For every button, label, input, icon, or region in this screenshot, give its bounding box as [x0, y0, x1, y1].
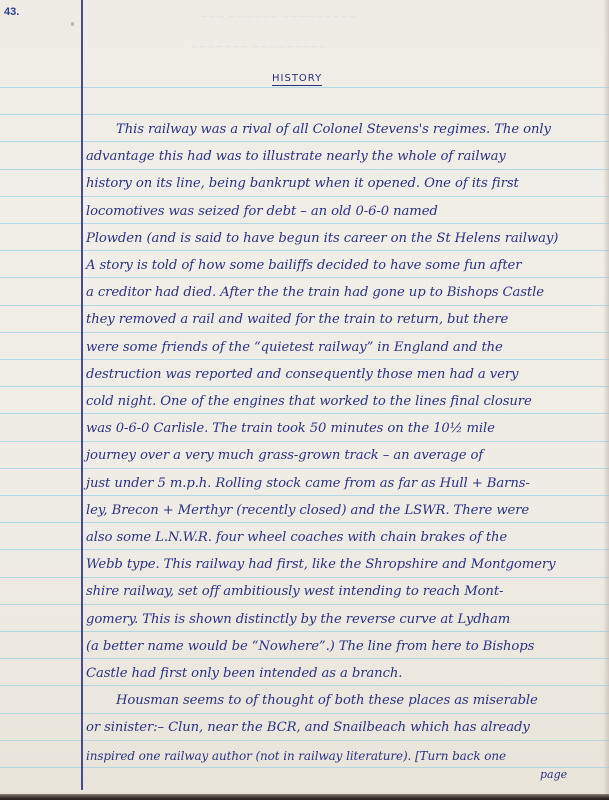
ruled-line: [0, 305, 609, 306]
text-line: inspired one railway author (not in rail…: [86, 746, 606, 766]
text-line: Housman seems to of thought of both thes…: [116, 691, 609, 711]
text-line: advantage this had was to illustrate nea…: [86, 147, 606, 167]
ruled-line: [0, 277, 609, 278]
text-line: ley, Brecon + Merthyr (recently closed) …: [86, 501, 606, 521]
bleed-through-text: ~~~~~~~ ~~~~~~~~~: [190, 42, 327, 53]
text-line: they removed a rail and waited for the t…: [86, 310, 606, 330]
text-line: also some L.N.W.R. four wheel coaches wi…: [86, 528, 606, 548]
text-line: history on its line, being bankrupt when…: [86, 174, 606, 194]
bleed-through-text: ~~~ ~~~~~~ ~~~~~~~~~: [200, 12, 357, 23]
ruled-line: [0, 713, 609, 714]
ruled-line: [0, 604, 609, 605]
text-line: This railway was a rival of all Colonel …: [116, 120, 609, 140]
text-line: or sinister:– Clun, near the BCR, and Sn…: [86, 718, 606, 738]
page-title: HISTORY: [272, 73, 322, 86]
text-line: journey over a very much grass-grown tra…: [86, 446, 606, 466]
text-line: Webb type. This railway had first, like …: [86, 555, 606, 575]
ruled-line: [0, 577, 609, 578]
continuation-note: page: [540, 768, 567, 781]
ruled-line: [0, 685, 609, 686]
text-line: a creditor had died. After the the train…: [86, 283, 606, 303]
ruled-line: [0, 141, 609, 142]
page-number: 43.: [4, 6, 19, 18]
ruled-line: [0, 441, 609, 442]
text-line: Castle had first only been intended as a…: [86, 664, 606, 684]
ruled-line: [0, 223, 609, 224]
ink-smudge: [71, 22, 74, 26]
ruled-line: [0, 413, 609, 414]
ruled-line: [0, 658, 609, 659]
ruled-line: [0, 495, 609, 496]
ruled-line: [0, 740, 609, 741]
margin-line: [81, 0, 83, 790]
ruled-line: [0, 332, 609, 333]
page-bottom-edge: [0, 794, 609, 800]
text-line: was 0-6-0 Carlisle. The train took 50 mi…: [86, 419, 606, 439]
text-line: cold night. One of the engines that work…: [86, 392, 606, 412]
ruled-line: [0, 631, 609, 632]
ruled-line: [0, 468, 609, 469]
ruled-line: [0, 359, 609, 360]
ruled-line: [0, 114, 609, 115]
text-line: A story is told of how some bailiffs dec…: [86, 256, 606, 276]
ruled-line: [0, 767, 609, 768]
text-line: Plowden (and is said to have begun its c…: [86, 229, 606, 249]
ruled-line: [0, 250, 609, 251]
ruled-line: [0, 169, 609, 170]
text-line: (a better name would be “Nowhere”.) The …: [86, 637, 606, 657]
text-line: were some friends of the “quietest railw…: [86, 338, 606, 358]
ruled-line: [0, 386, 609, 387]
text-line: gomery. This is shown distinctly by the …: [86, 610, 606, 630]
notebook-page: ~~~ ~~~~~~ ~~~~~~~~~ ~~~~~~~ ~~~~~~~~~ 4…: [0, 0, 609, 794]
text-line: locomotives was seized for debt – an old…: [86, 202, 606, 222]
text-line: shire railway, set off ambitiously west …: [86, 582, 606, 602]
text-line: destruction was reported and consequentl…: [86, 365, 606, 385]
ruled-line: [0, 549, 609, 550]
ruled-line: [0, 87, 609, 88]
text-line: just under 5 m.p.h. Rolling stock came f…: [86, 474, 606, 494]
ruled-line: [0, 522, 609, 523]
ruled-line: [0, 196, 609, 197]
